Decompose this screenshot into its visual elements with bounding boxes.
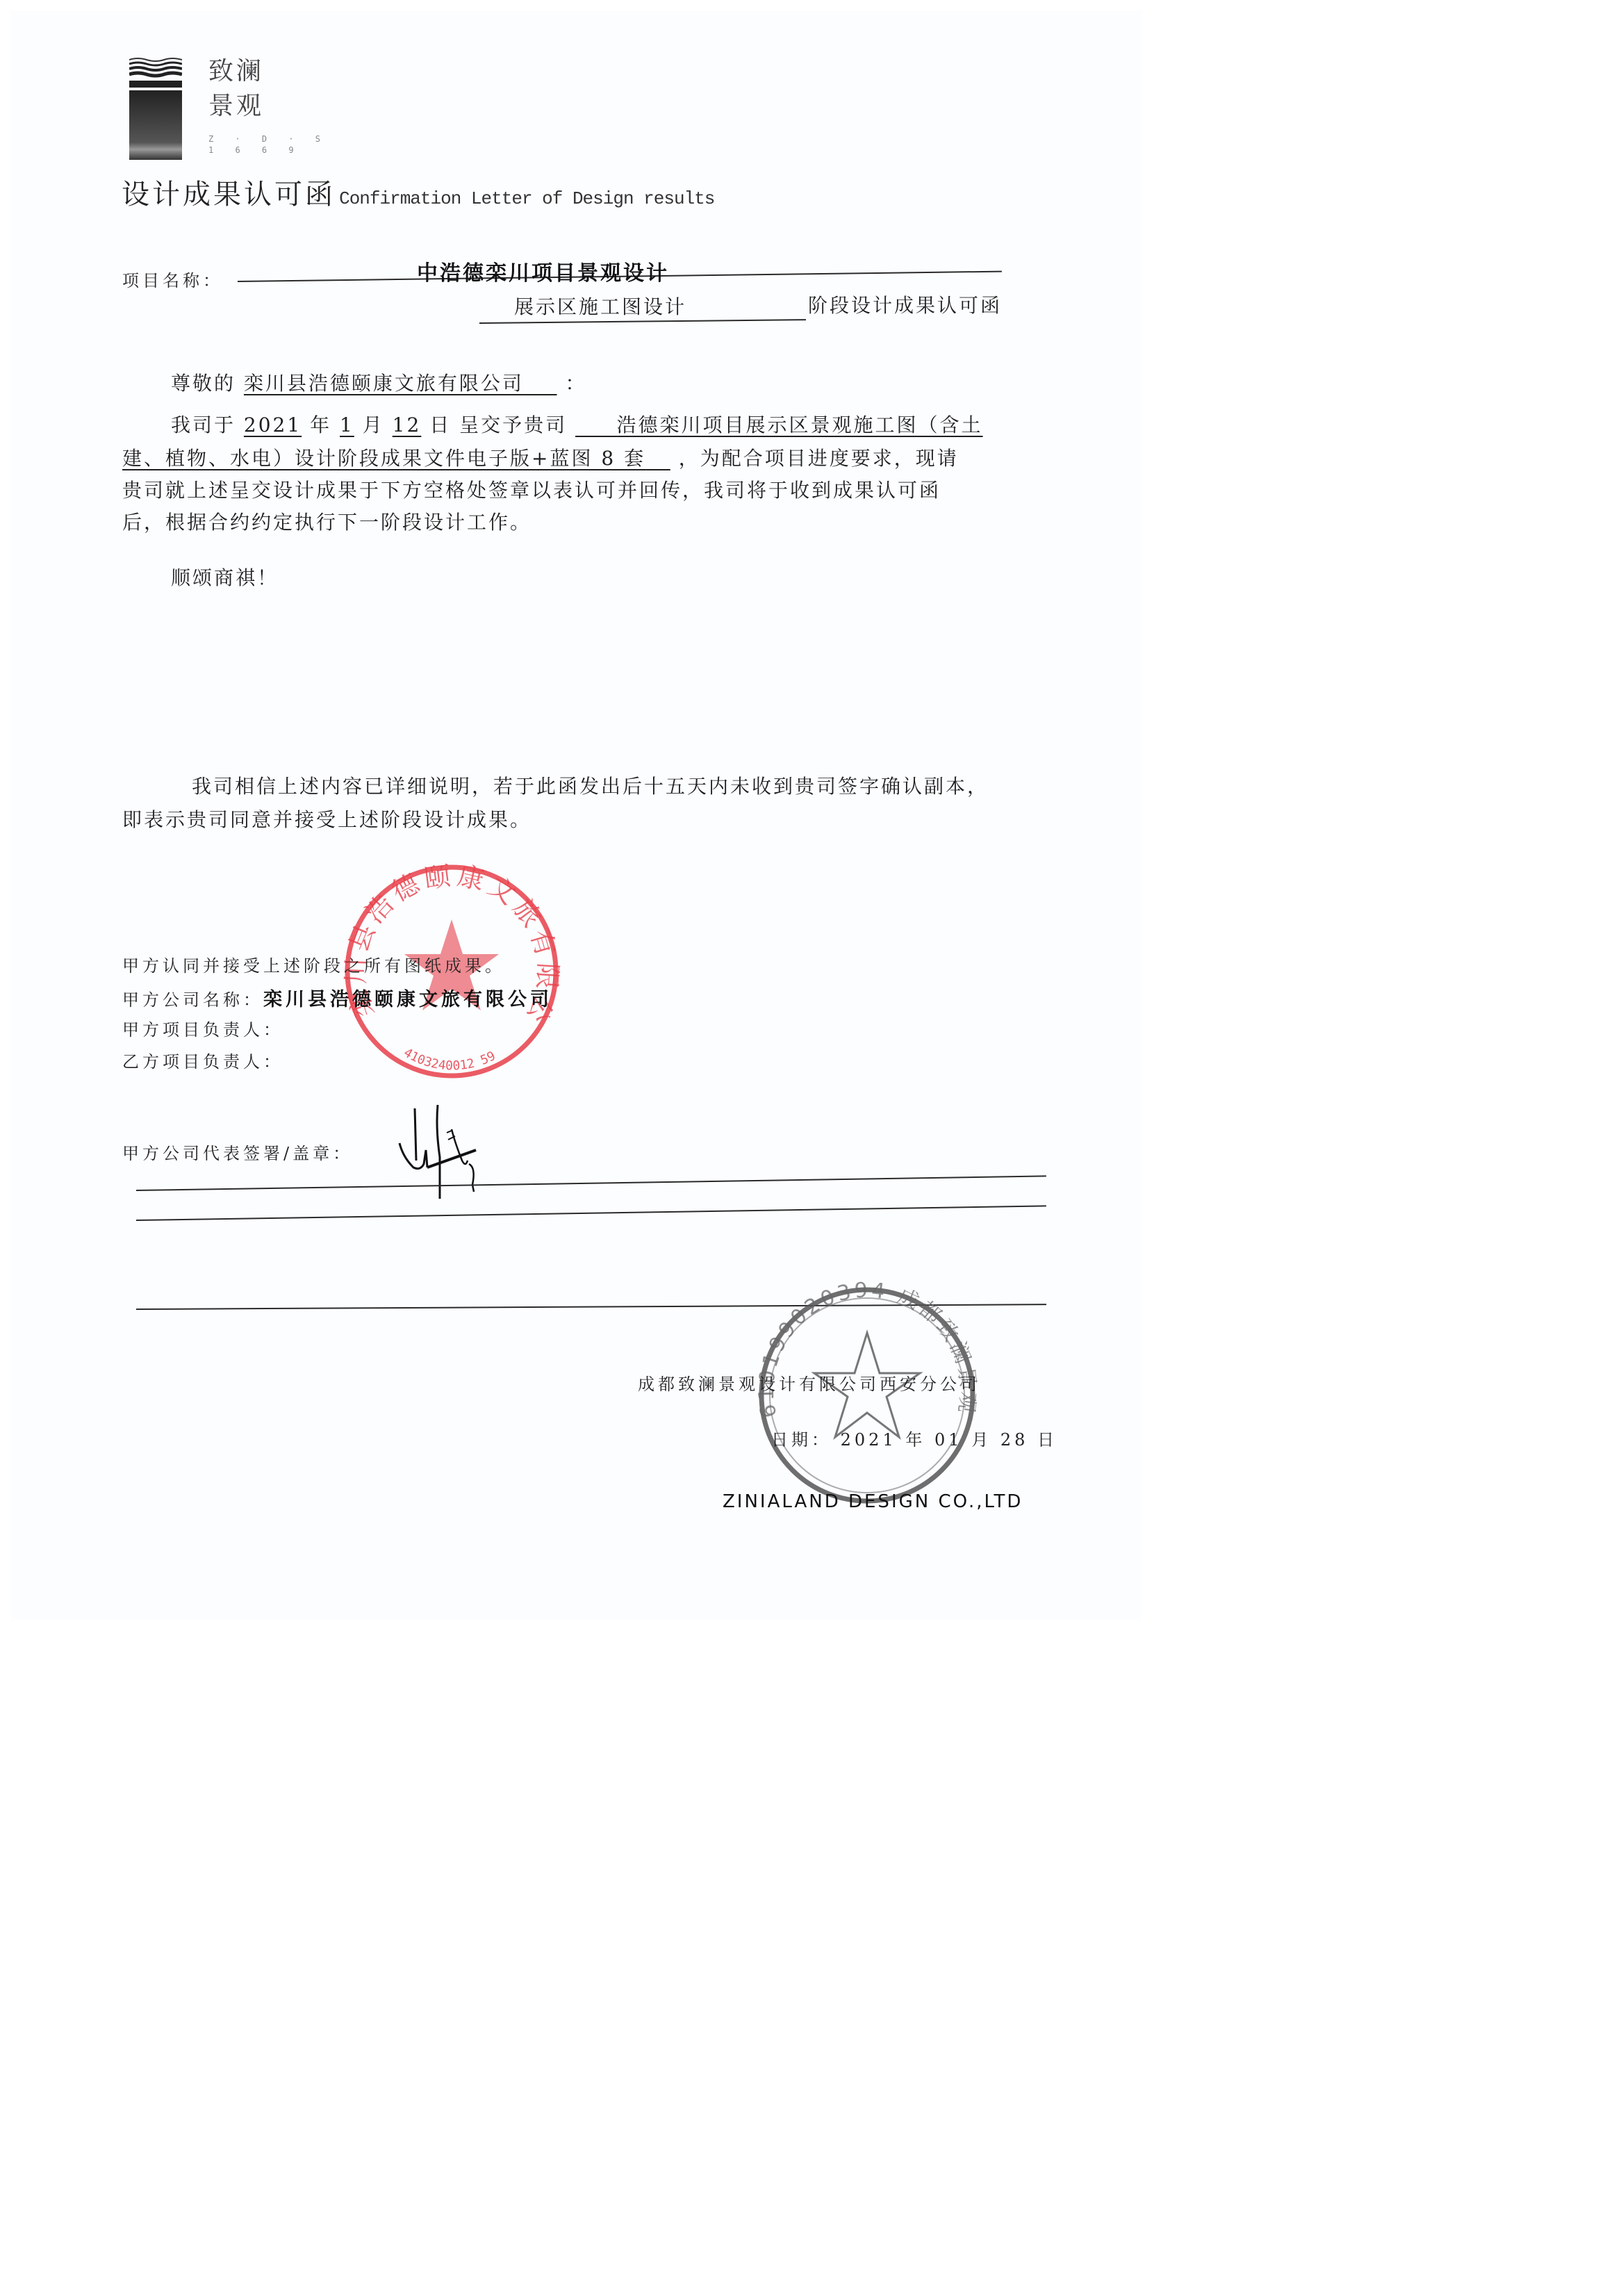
date-month-unit: 月 — [971, 1430, 991, 1450]
party-b-company-en: ZINIALAND DESIGN CO.,LTD — [723, 1491, 1023, 1512]
party-a-pm-label: 甲方项目负责人： — [122, 1016, 283, 1040]
party-b-company-name: 成都致澜景观设计有限公司西安分公司 — [638, 1370, 980, 1395]
title-en: Confirmation Letter of Design results — [339, 188, 714, 209]
salutation-suffix: ： — [565, 372, 586, 395]
date-day-unit: 日 — [1037, 1430, 1057, 1450]
handwritten-signature — [386, 1101, 525, 1206]
logo-sub-line2: 1 6 6 9 — [208, 145, 329, 156]
p1-text: 年 — [310, 413, 331, 436]
project-stage-suffix: 阶段设计成果认可函 — [808, 290, 1002, 318]
logo-subtext: Z · D · S 1 6 6 9 — [208, 133, 329, 156]
party-b-pm-label: 乙方项目负责人： — [122, 1048, 283, 1072]
seal-b-text: 610199020394 成都致澜景观设计有限公司西安分公司 — [749, 1277, 980, 1420]
logo-sub-line1: Z · D · S — [208, 133, 329, 145]
project-stage: 展示区施工图设计 — [514, 292, 686, 320]
paragraph-1-line-3: 贵司就上述呈交设计成果于下方空格处签章以表认可并回传，我司将于收到成果认可函 — [122, 475, 941, 503]
logo-name-line1: 致澜 — [208, 54, 264, 89]
p1-text: 日 呈交予贵司 — [429, 413, 567, 436]
party-a-company-row: 甲方公司名称：栾川县浩德颐康文旅有限公司 — [122, 984, 552, 1011]
project-name: 中浩德栾川项目景观设计 — [417, 256, 669, 286]
paragraph-1-line-1: 我司于 2021 年 1 月 12 日 呈交予贵司 浩德栾川项目展示区景观施工图… — [171, 410, 983, 438]
recipient-name: 栾川县浩德颐康文旅有限公司 — [244, 372, 524, 395]
salutation: 尊敬的 栾川县浩德颐康文旅有限公司 ： — [171, 368, 586, 396]
deliverable-text-2: 建、植物、水电）设计阶段成果文件电子版+蓝图 8 套 — [122, 447, 645, 470]
salutation-prefix: 尊敬的 — [171, 372, 236, 395]
svg-text:610199020394 成都致澜景观设计有限公司西安分公司: 610199020394 成都致澜景观设计有限公司西安分公司 — [749, 1277, 980, 1420]
date-label: 日期： — [771, 1430, 832, 1450]
p1-text: 月 — [363, 413, 384, 436]
party-a-company-label: 甲方公司名称： — [122, 990, 263, 1010]
date-year-unit: 年 — [905, 1430, 925, 1450]
party-a-accept-text: 甲方认同并接受上述阶段之所有图纸成果。 — [122, 952, 505, 976]
paragraph-2-line-1: 我司相信上述内容已详细说明，若于此函发出后十五天内未收到贵司签字确认副本， — [192, 771, 989, 799]
submit-month: 1 — [340, 413, 354, 436]
date-month: 01 — [934, 1430, 963, 1450]
signature-label: 甲方公司代表签署/盖章： — [122, 1140, 353, 1164]
page-title: 设计成果认可函 Confirmation Letter of Design re… — [122, 172, 714, 212]
date-row: 日期： 2021 年 01 月 28 日 — [771, 1426, 1057, 1450]
submit-year: 2021 — [244, 413, 302, 436]
paragraph-1-line-4: 后，根据合约约定执行下一阶段设计工作。 — [122, 507, 532, 535]
title-cn: 设计成果认可函 — [122, 179, 336, 211]
project-label: 项目名称： — [122, 267, 223, 291]
party-b-company-seal: 610199020394 成都致澜景观设计有限公司西安分公司 — [749, 1277, 985, 1514]
p1-text: 我司于 — [171, 413, 236, 436]
party-a-company-name: 栾川县浩德颐康文旅有限公司 — [263, 989, 552, 1010]
paragraph-2-line-2: 即表示贵司同意并接受上述阶段设计成果。 — [122, 805, 532, 833]
submit-day: 12 — [393, 413, 422, 436]
company-logo-icon — [129, 56, 182, 160]
p1-text: ，为配合项目进度要求，现请 — [679, 447, 959, 470]
logo-name-line2: 景观 — [208, 89, 264, 124]
deliverable-text-1: 浩德栾川项目展示区景观施工图（含土 — [617, 413, 983, 436]
logo-text: 致澜 景观 — [208, 54, 264, 124]
paragraph-1-line-2: 建、植物、水电）设计阶段成果文件电子版+蓝图 8 套 ，为配合项目进度要求，现请 — [122, 443, 959, 471]
date-year: 2021 — [841, 1430, 897, 1450]
closing-greeting: 顺颂商祺！ — [171, 563, 279, 591]
date-day: 28 — [1000, 1430, 1029, 1450]
